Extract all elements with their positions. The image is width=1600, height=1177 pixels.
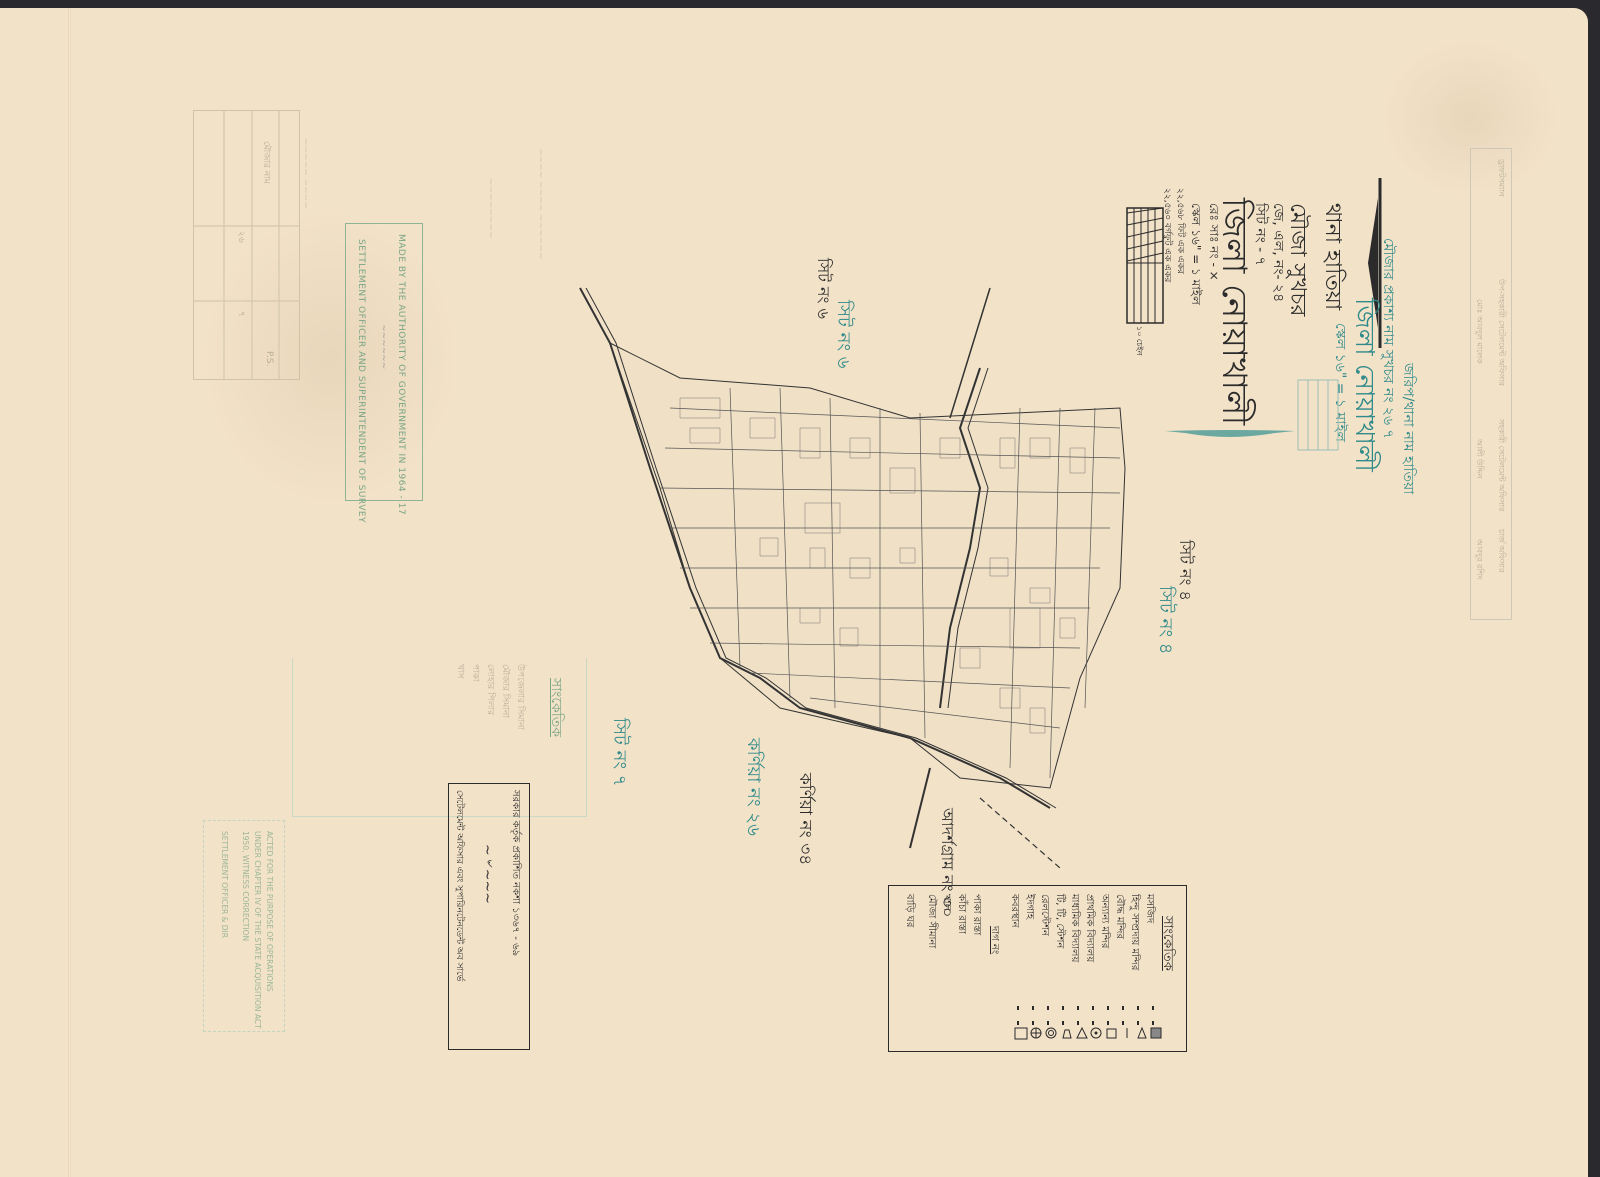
officer-table: ড্রাফটসম্যান উপ-সহকারী সেটেলমেন্ট অফিসার… xyxy=(1470,148,1512,620)
faint-legend-item: পাকা xyxy=(468,664,483,682)
survey-number: রেঃ সাঃ নং - × xyxy=(1202,203,1222,281)
bottom-left-stamp: ACTED FOR THE PURPOSE OF OPERATIONS UNDE… xyxy=(203,820,285,1032)
area-table-cell: ২৬ xyxy=(234,231,249,243)
legend-item-label: টি, টি, স্টেশন xyxy=(1050,894,1067,948)
legend-item-label: মসজিদ xyxy=(1140,894,1157,923)
legend-item-label: বাড়ি ঘর xyxy=(900,894,917,927)
stamp-line: 1950, WITNESS CORRECTION xyxy=(241,831,250,941)
stamp-line: UNDER CHAPTER IV OF THE STATE ACQUISITIO… xyxy=(253,831,262,1029)
officer-col-header: ড্রাফটসম্যান xyxy=(1494,159,1507,197)
certification-box: সরকার কর্তৃক প্রকাশিত নকশা ১৩৬৭ - ৬৯ সেট… xyxy=(448,783,530,1050)
certification-line1: সরকার কর্তৃক প্রকাশিত নকশা ১৩৬৭ - ৬৯ xyxy=(506,790,523,956)
officer-name: মোঃ আবদুল মালেক xyxy=(1472,299,1485,364)
teal-scale-bar xyxy=(1298,380,1338,450)
officer-col-header: উপ-সহকারী সেটেলমেন্ট অফিসার xyxy=(1494,279,1507,386)
authority-stamp: MADE BY THE AUTHORITY OF GOVERNMENT IN 1… xyxy=(345,223,423,501)
area-table: মৌজার নাম P.S. ২৬ ৭ xyxy=(193,110,300,380)
officer-name: আবদুর রশিদ xyxy=(1472,539,1485,580)
legend-item-label: বৌদ্ধ মন্দির xyxy=(1110,894,1127,939)
stamp-line: SETTLEMENT OFFICER & DIR xyxy=(220,831,229,938)
legend-item-label: হিন্দু সম্প্রদায় মন্দির xyxy=(1125,894,1142,970)
legend-item-label: মৌজা সীমানা xyxy=(922,894,939,948)
faint-legend-item: উপজেলার সিমানা xyxy=(513,664,528,730)
legend-item-label: কবরস্থান xyxy=(1005,894,1022,928)
thana-label: থানা হাতিয়া xyxy=(1313,203,1350,310)
signature: ~~~~~~ xyxy=(378,324,388,369)
faint-legend-box: সাংকেতিক উপজেলার সিমানা মৌজার সিমানা লোহ… xyxy=(292,658,587,817)
faint-legend-item: খাস xyxy=(453,664,468,678)
faint-note: ~~~~ ~~~~ ~~~~~~ xyxy=(535,148,545,259)
faint-legend-item: মৌজার সিমানা xyxy=(498,664,513,718)
faint-legend-item: লোহার পিলার xyxy=(483,664,498,715)
stamp-line: ACTED FOR THE PURPOSE OF OPERATIONS xyxy=(265,831,274,992)
legend-item-label: অন্যান্য মন্দির xyxy=(1095,894,1112,948)
legend-item-label: রেলস্টেশন xyxy=(1035,894,1052,936)
legend-item-label: খাল xyxy=(937,894,954,911)
faint-note: ~~~~~ ~~~~ xyxy=(300,138,310,209)
legend-item-label: ইদগাহ xyxy=(1020,894,1037,919)
officer-name: আলী উদ্দিন xyxy=(1472,439,1485,478)
officer-col-header: সহকারী সেটেলমেন্ট অফিসার xyxy=(1494,419,1507,511)
area-table-grid xyxy=(194,111,299,379)
legend-box: সাংকেতিক মসজিদ হিন্দু সম্প্রদায় মন্দির … xyxy=(888,885,1187,1052)
authority-stamp-line2: SETTLEMENT OFFICER AND SUPERINTENDENT OF… xyxy=(356,239,366,523)
scale-note: ২২,৫৬৮ ফিট এক একর xyxy=(1173,188,1188,274)
area-table-header: মৌজার নাম xyxy=(259,141,274,184)
map-sheet: মৌজার নাম P.S. ২৬ ৭ MADE BY THE AUTHORIT… xyxy=(0,8,1588,1177)
faint-note: ~~~~~~~~ xyxy=(485,178,495,238)
paper-fold-line xyxy=(68,8,71,1177)
area-table-cell: ৭ xyxy=(234,311,249,317)
legend-title: সাংকেতিক xyxy=(1156,916,1177,971)
cadastral-map xyxy=(580,288,1180,848)
legend-symbols xyxy=(889,1026,1179,1046)
officer-col-header: চার্জ অফিসার xyxy=(1494,529,1507,572)
legend-item-label: দাগ নং xyxy=(985,926,1002,954)
legend-item-label: মাধ্যমিক বিদ্যালয় xyxy=(1065,894,1082,962)
legend-item-label: পাকা রাস্তা xyxy=(967,894,984,935)
legend-item-label: কাঁচা রাস্তা xyxy=(952,894,969,934)
legend-item-label: প্রাথমিক বিদ্যালয় xyxy=(1080,894,1097,962)
authority-stamp-line1: MADE BY THE AUTHORITY OF GOVERNMENT IN 1… xyxy=(396,234,406,515)
signature: ~৺ ~~~ xyxy=(475,844,499,904)
area-table-header: P.S. xyxy=(264,351,274,366)
certification-line2: সেটেলমেন্ট অফিসার এবং সুপারিনটেনডেন্ট অব… xyxy=(452,790,467,981)
teal-ornament xyxy=(1165,423,1295,443)
faint-legend-title: সাংকেতিক xyxy=(544,678,568,737)
